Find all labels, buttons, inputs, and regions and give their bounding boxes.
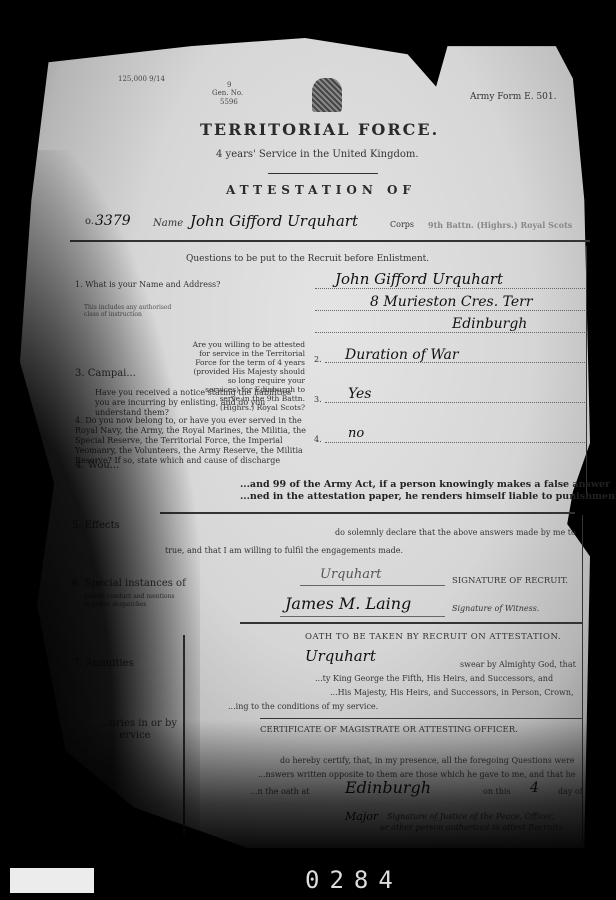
gen-no-top: 9	[227, 81, 231, 89]
oath-line-3: ...His Majesty, His Heirs, and Successor…	[330, 688, 574, 698]
scan-shadow	[0, 720, 616, 860]
declaration-line-2: true, and that I am willing to fulfil th…	[165, 546, 403, 556]
signature-line	[280, 616, 445, 617]
witness-signature: James M. Laing	[285, 594, 411, 613]
scan-label-box	[10, 868, 94, 893]
witness-signature-label: Signature of Witness.	[452, 604, 539, 614]
declaration-line-1: do solemnly declare that the above answe…	[335, 528, 576, 538]
oath-heading: OATH TO BE TAKEN BY RECRUIT ON ATTESTATI…	[305, 632, 561, 642]
warning-line-2: ...ned in the attestation paper, he rend…	[240, 491, 616, 502]
answer-line	[325, 362, 585, 363]
divider	[160, 512, 575, 514]
corps-value: 9th Battn. (Highrs.) Royal Scots	[428, 220, 572, 230]
warning-line-1: ...and 99 of the Army Act, if a person k…	[240, 479, 610, 490]
answer-3: Yes	[348, 386, 372, 402]
gen-no-label: Gen. No.	[212, 89, 243, 97]
corps-label: Corps	[390, 220, 414, 230]
answer-line	[315, 288, 585, 289]
questions-header: Questions to be put to the Recruit befor…	[186, 254, 429, 264]
recruit-signature: Urquhart	[320, 567, 381, 582]
answer-4: no	[348, 426, 364, 441]
answer-line	[315, 310, 585, 311]
oath-line-4: ...ing to the conditions of my service.	[228, 702, 378, 712]
answer-1-line-1: John Gifford Urquhart	[335, 270, 503, 288]
signature-line	[300, 585, 445, 586]
question-2-num: 2.	[314, 355, 322, 365]
answer-line	[325, 402, 585, 403]
divider	[240, 622, 582, 624]
answer-line	[315, 332, 585, 333]
frame-number: 0284	[305, 866, 403, 894]
document-title: TERRITORIAL FORCE.	[200, 120, 439, 139]
answer-line	[325, 442, 585, 443]
box-border	[586, 246, 587, 496]
answer-2: Duration of War	[345, 347, 459, 363]
document-subtitle: 4 years' Service in the United Kingdom.	[216, 149, 419, 160]
army-form-number: Army Form E. 501.	[470, 92, 556, 102]
divider	[268, 173, 378, 174]
oath-line-1: swear by Almighty God, that	[460, 660, 576, 670]
oath-name: Urquhart	[305, 647, 376, 665]
divider	[260, 718, 582, 719]
gen-no-value: 5596	[220, 98, 238, 106]
recruit-signature-label: SIGNATURE OF RECRUIT.	[452, 576, 568, 586]
recruit-name: John Gifford Urquhart	[190, 212, 358, 230]
question-4-num: 4.	[314, 435, 322, 445]
question-3-num: 3.	[314, 395, 322, 405]
answer-1-line-3: Edinburgh	[452, 316, 527, 332]
attestation-heading: ATTESTATION OF	[226, 183, 416, 197]
oath-line-2: ...ty King George the Fifth, His Heirs, …	[315, 674, 553, 684]
answer-1-line-2: 8 Murieston Cres. Terr	[370, 294, 533, 310]
royal-crest-icon	[312, 78, 342, 112]
print-reference: 125,000 9/14	[118, 75, 165, 83]
